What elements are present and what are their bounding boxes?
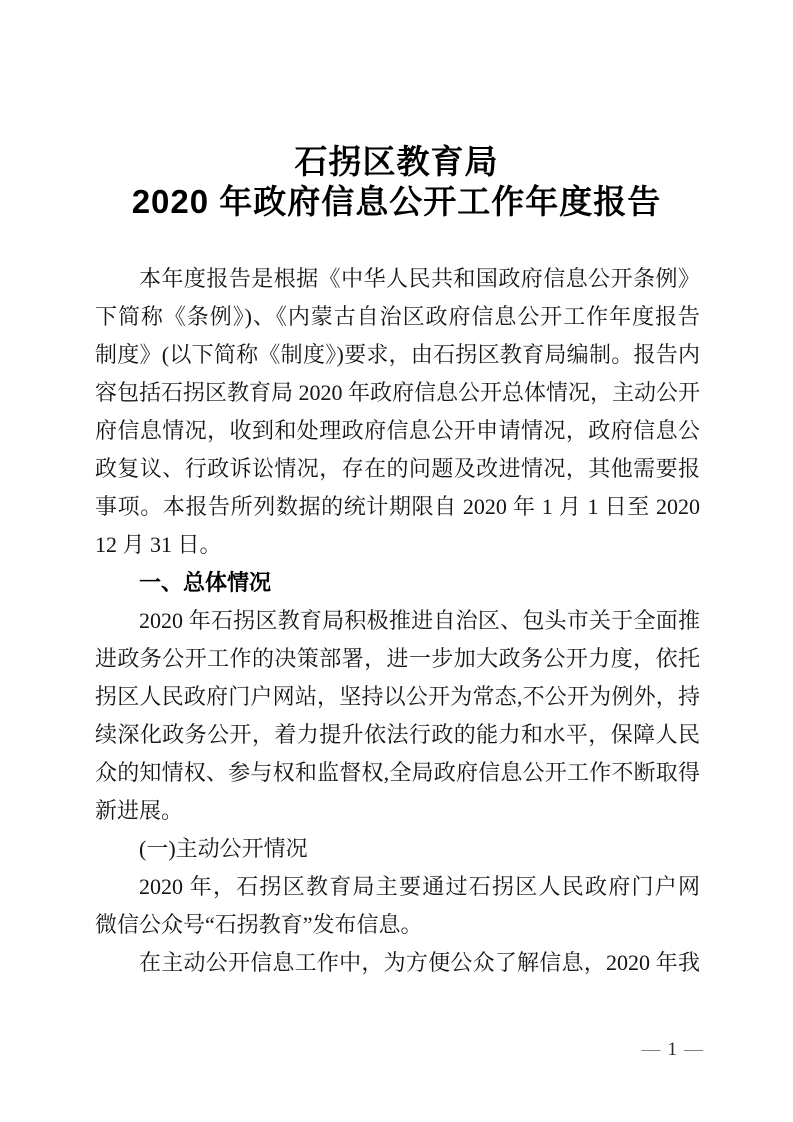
proactive-paragraph-line: 2020 年，石拐区教育局主要通过石拐区人民政府门户网站、 [95, 868, 700, 906]
intro-paragraph-line: 事项。本报告所列数据的统计期限自 2020 年 1 月 1 日至 2020 年 [95, 488, 700, 526]
proactive-continued-line: 在主动公开信息工作中，为方便公众了解信息，2020 年我 [95, 944, 700, 982]
intro-paragraph-line: 本年度报告是根据《中华人民共和国政府信息公开条例》(以 [95, 260, 700, 298]
title-line-1: 石拐区教育局 [0, 142, 793, 182]
subsection-heading-proactive: (一)主动公开情况 [95, 830, 700, 868]
intro-paragraph-line: 下简称《条例》)、《内蒙古自治区政府信息公开工作年度报告 [95, 298, 700, 336]
intro-paragraph-line: 容包括石拐区教育局 2020 年政府信息公开总体情况，主动公开政 [95, 374, 700, 412]
page-number-right-dash: — [684, 1039, 703, 1060]
overall-paragraph-line: 拐区人民政府门户网站，坚持以公开为常态,不公开为例外，持 [95, 678, 700, 716]
intro-paragraph-line: 12 月 31 日。 [95, 526, 700, 564]
overall-paragraph-line: 众的知情权、参与权和监督权,全局政府信息公开工作不断取得 [95, 754, 700, 792]
overall-paragraph-line: 进政务公开工作的决策部署，进一步加大政务公开力度，依托石 [95, 640, 700, 678]
overall-paragraph-line: 续深化政务公开，着力提升依法行政的能力和水平，保障人民群 [95, 716, 700, 754]
document-title: 石拐区教育局 2020 年政府信息公开工作年度报告 [0, 142, 793, 222]
proactive-paragraph-line: 微信公众号“石拐教育”发布信息。 [95, 906, 700, 944]
section-heading-overall: 一、总体情况 [95, 564, 700, 602]
page-number: —1— [635, 1038, 711, 1062]
page-number-value: 1 [668, 1039, 678, 1060]
document-body: 本年度报告是根据《中华人民共和国政府信息公开条例》(以 下简称《条例》)、《内蒙… [95, 260, 700, 982]
intro-paragraph-line: 制度》(以下简称《制度》)要求，由石拐区教育局编制。报告内 [95, 336, 700, 374]
document-page: 石拐区教育局 2020 年政府信息公开工作年度报告 本年度报告是根据《中华人民共… [0, 0, 793, 1122]
title-line-2: 2020 年政府信息公开工作年度报告 [0, 182, 793, 222]
intro-paragraph-line: 府信息情况，收到和处理政府信息公开申请情况，政府信息公开行 [95, 412, 700, 450]
page-number-left-dash: — [642, 1039, 661, 1060]
overall-paragraph-line: 新进展。 [95, 792, 700, 830]
overall-paragraph-line: 2020 年石拐区教育局积极推进自治区、包头市关于全面推 [95, 602, 700, 640]
intro-paragraph-line: 政复议、行政诉讼情况，存在的问题及改进情况，其他需要报告的 [95, 450, 700, 488]
